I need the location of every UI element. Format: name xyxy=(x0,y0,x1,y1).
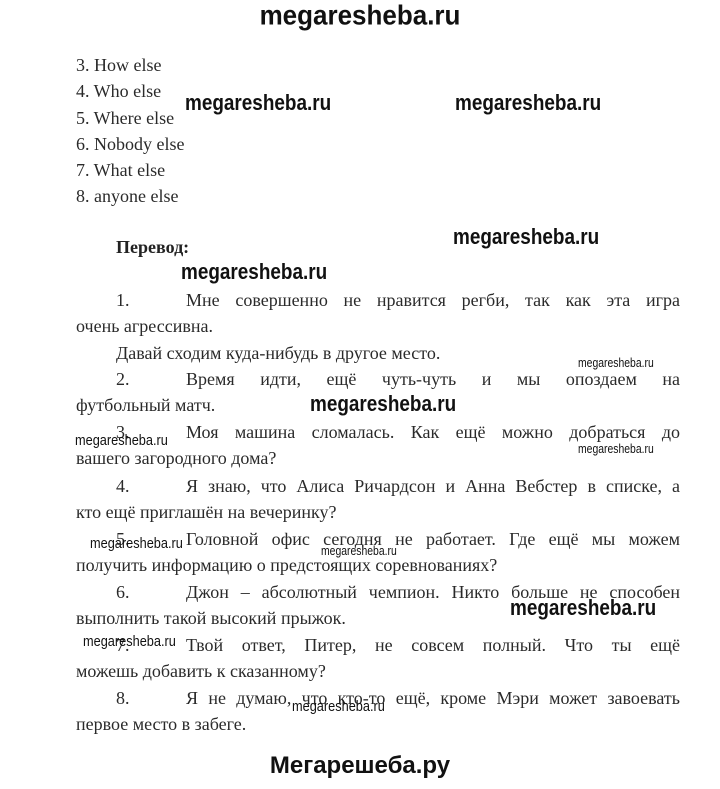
watermark: megaresheba.ru xyxy=(321,543,397,558)
translation-item-3-line2: вашего загородного дома? xyxy=(76,448,276,469)
watermark: megaresheba.ru xyxy=(75,432,168,449)
watermark: megaresheba.ru xyxy=(310,391,456,417)
watermark: megaresheba.ru xyxy=(510,595,656,621)
translation-heading: Перевод: xyxy=(116,237,189,258)
watermark: megaresheba.ru xyxy=(185,90,331,116)
site-footer-watermark: Мегарешеба.ру xyxy=(0,752,720,780)
watermark: megaresheba.ru xyxy=(578,441,654,456)
translation-item-6-line2: выполнить такой высокий прыжок. xyxy=(76,608,346,629)
answer-item: 3. How else xyxy=(76,52,184,78)
watermark: megaresheba.ru xyxy=(292,698,385,715)
watermark: megaresheba.ru xyxy=(453,224,599,250)
translation-item-8-line2: первое место в забеге. xyxy=(76,714,246,735)
watermark: megaresheba.ru xyxy=(83,633,176,650)
watermark: megaresheba.ru xyxy=(455,90,601,116)
translation-item-7-line2: можешь добавить к сказанному? xyxy=(76,661,326,682)
translation-item-1-line1: 1.Мне совершенно не нравится регби, так … xyxy=(116,290,680,311)
translation-item-1-line2: очень агрессивна. xyxy=(76,316,213,337)
answer-item: 6. Nobody else xyxy=(76,131,184,157)
watermark: megaresheba.ru xyxy=(181,259,327,285)
translation-item-5-line2: получить информацию о предстоящих соревн… xyxy=(76,555,497,576)
site-header-watermark: megaresheba.ru xyxy=(0,0,720,32)
answer-item: 7. What else xyxy=(76,157,184,183)
translation-item-2-line2: футбольный матч. xyxy=(76,395,215,416)
translation-item-8-line1: 8.Я не думаю, что кто-то ещё, кроме Мэри… xyxy=(116,688,680,709)
answers-list: 3. How else 4. Who else 5. Where else 6.… xyxy=(76,52,184,210)
translation-item-3-line1: 3.Моя машина сломалась. Как ещё можно до… xyxy=(116,422,680,443)
watermark: megaresheba.ru xyxy=(578,355,654,370)
translation-item-7-line1: 7.Твой ответ, Питер, не совсем полный. Ч… xyxy=(116,635,680,656)
answer-item: 8. anyone else xyxy=(76,183,184,209)
answer-item: 4. Who else xyxy=(76,78,184,104)
translation-item-4-line1: 4.Я знаю, что Алиса Ричардсон и Анна Веб… xyxy=(116,476,680,497)
translation-item-1-extra: Давай сходим куда-нибудь в другое место. xyxy=(116,343,440,364)
translation-item-5-line1: 5.Головной офис сегодня не работает. Где… xyxy=(116,529,680,550)
watermark: megaresheba.ru xyxy=(90,535,183,552)
answer-item: 5. Where else xyxy=(76,105,184,131)
translation-item-4-line2: кто ещё приглашён на вечеринку? xyxy=(76,502,337,523)
translation-item-2-line1: 2.Время идти, ещё чуть-чуть и мы опоздае… xyxy=(116,369,680,390)
